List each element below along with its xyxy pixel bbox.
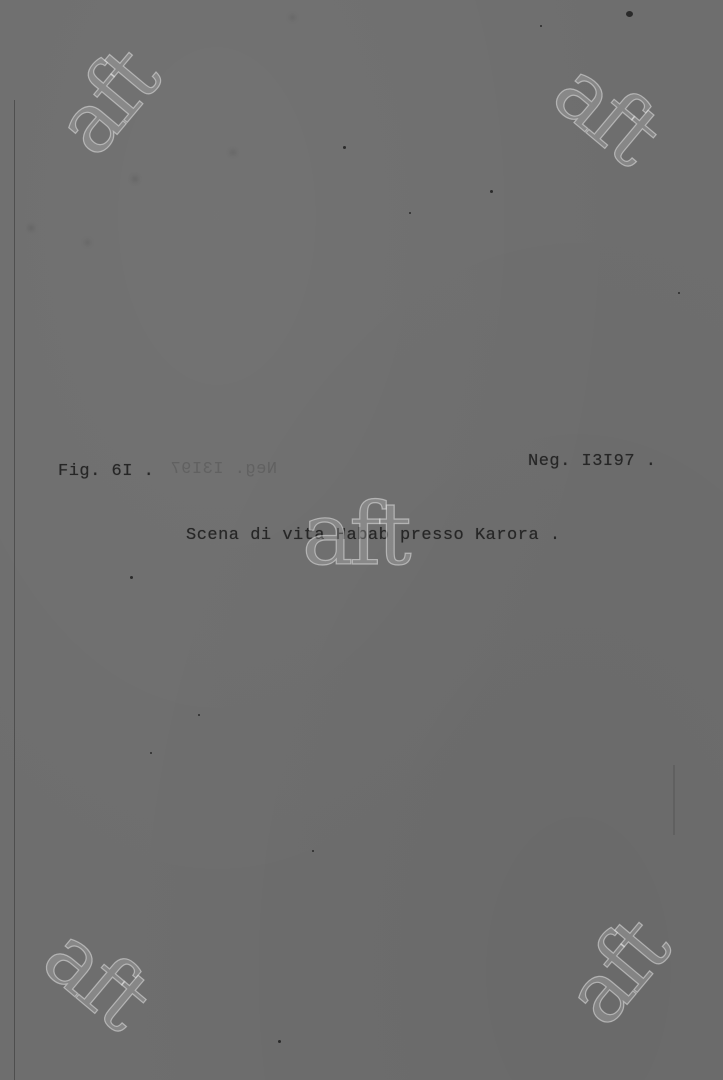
paper-crease — [673, 765, 675, 835]
dust-speck — [626, 11, 633, 17]
smudge — [28, 225, 34, 231]
dust-speck — [278, 1040, 281, 1043]
smudge — [230, 150, 236, 155]
dust-speck — [678, 292, 680, 294]
figure-label: Fig. 6I . — [58, 462, 154, 481]
dust-speck — [409, 212, 411, 214]
smudge — [132, 176, 138, 182]
smudge — [85, 240, 90, 245]
watermark-bottom-right: aft — [551, 906, 682, 1039]
negative-number-label: Neg. I3I97 . — [528, 452, 656, 471]
bleed-through-text: Neg. I3I97 — [170, 460, 277, 479]
dust-speck — [312, 850, 314, 852]
dust-speck — [540, 25, 542, 27]
dust-speck — [490, 190, 493, 193]
watermark-bottom-left: aft — [30, 912, 163, 1043]
card-edge-line — [14, 100, 15, 1080]
watermark-top-right: aft — [540, 47, 673, 178]
document-page: Neg. I3I97 Fig. 6I . Neg. I3I97 . Scena … — [0, 0, 723, 1080]
watermark-center: aft — [302, 492, 408, 578]
dust-speck — [343, 146, 346, 149]
dust-speck — [198, 714, 200, 716]
dust-speck — [130, 576, 133, 579]
dust-speck — [150, 752, 152, 754]
smudge — [290, 15, 295, 20]
watermark-top-left: aft — [41, 36, 172, 169]
